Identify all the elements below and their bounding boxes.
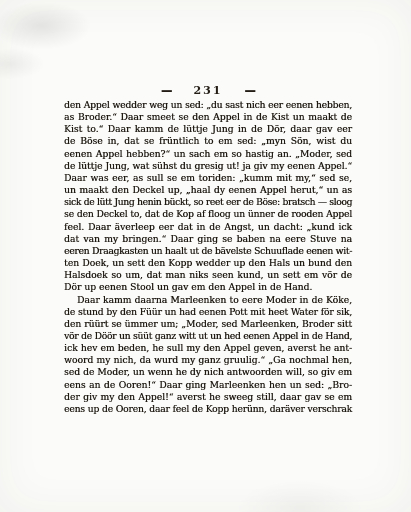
page-number: 231 bbox=[194, 84, 223, 97]
text-line: feel. Daar äverleep eer dat in de Angst,… bbox=[64, 222, 352, 234]
text-line: sick de lütt Jung henin bückt, so reet e… bbox=[64, 197, 352, 209]
text-line: dat van my bringen.“ Daar ging se baben … bbox=[64, 234, 352, 246]
scanned-book-page: — 231 — den Appel wedder weg un sed: „du… bbox=[0, 0, 411, 512]
text-line: Halsdoek so um, dat man niks seen kund, … bbox=[64, 270, 352, 282]
header-dash-left: — bbox=[161, 80, 172, 100]
text-line: Daar was eer, as sull se em toriden: „ku… bbox=[64, 173, 352, 185]
text-line: eenen Appel hebben?“ un sach em so hasti… bbox=[64, 149, 352, 161]
text-line: de stund by den Füür un had eenen Pott m… bbox=[64, 307, 352, 319]
text-block: den Appel wedder weg un sed: „du sast ni… bbox=[64, 100, 352, 416]
text-line: as Broder.“ Daar smeet se den Appel in d… bbox=[64, 112, 352, 124]
text-line: der giv my den Appel!“ averst he sweeg s… bbox=[64, 392, 352, 404]
text-line: eeren Draagkasten un haalt ut de bävelst… bbox=[64, 246, 352, 258]
text-line: den Appel wedder weg un sed: „du sast ni… bbox=[64, 100, 352, 112]
text-line: se den Deckel to, dat de Kop af floog un… bbox=[64, 209, 352, 221]
text-line: Kist to.“ Daar kamm de lüttje Jung in de… bbox=[64, 124, 352, 136]
text-line: vör de Döör un süüt ganz witt ut un hed … bbox=[64, 331, 352, 343]
text-line: ick hev em beden, he sull my den Appel g… bbox=[64, 343, 352, 355]
text-line: eens an de Ooren!“ Daar ging Marleenken … bbox=[64, 380, 352, 392]
text-line: ten Doek, un sett den Kopp wedder up den… bbox=[64, 258, 352, 270]
text-line: eens up de Ooren, daar feel de Kopp herü… bbox=[64, 404, 352, 416]
text-line: woord my nich, da wurd my ganz gruulig.“… bbox=[64, 355, 352, 367]
running-head: — 231 — bbox=[64, 83, 352, 97]
text-line: sed de Moder, un wenn he dy nich antwoor… bbox=[64, 367, 352, 379]
text-line: de lüttje Jung, wat sühst du gresig ut! … bbox=[64, 161, 352, 173]
text-line: den rüürt se ümmer um; „Moder, sed Marle… bbox=[64, 319, 352, 331]
text-line: de Böse in, dat se früntlich to em sed: … bbox=[64, 136, 352, 148]
text-line: Daar kamm daarna Marleenken to eere Mode… bbox=[64, 295, 352, 307]
text-line: Dör up eenen Stool un gav em den Appel i… bbox=[64, 282, 352, 294]
header-dash-right: — bbox=[244, 80, 255, 100]
text-line: un maakt den Deckel up, „haal dy eenen A… bbox=[64, 185, 352, 197]
